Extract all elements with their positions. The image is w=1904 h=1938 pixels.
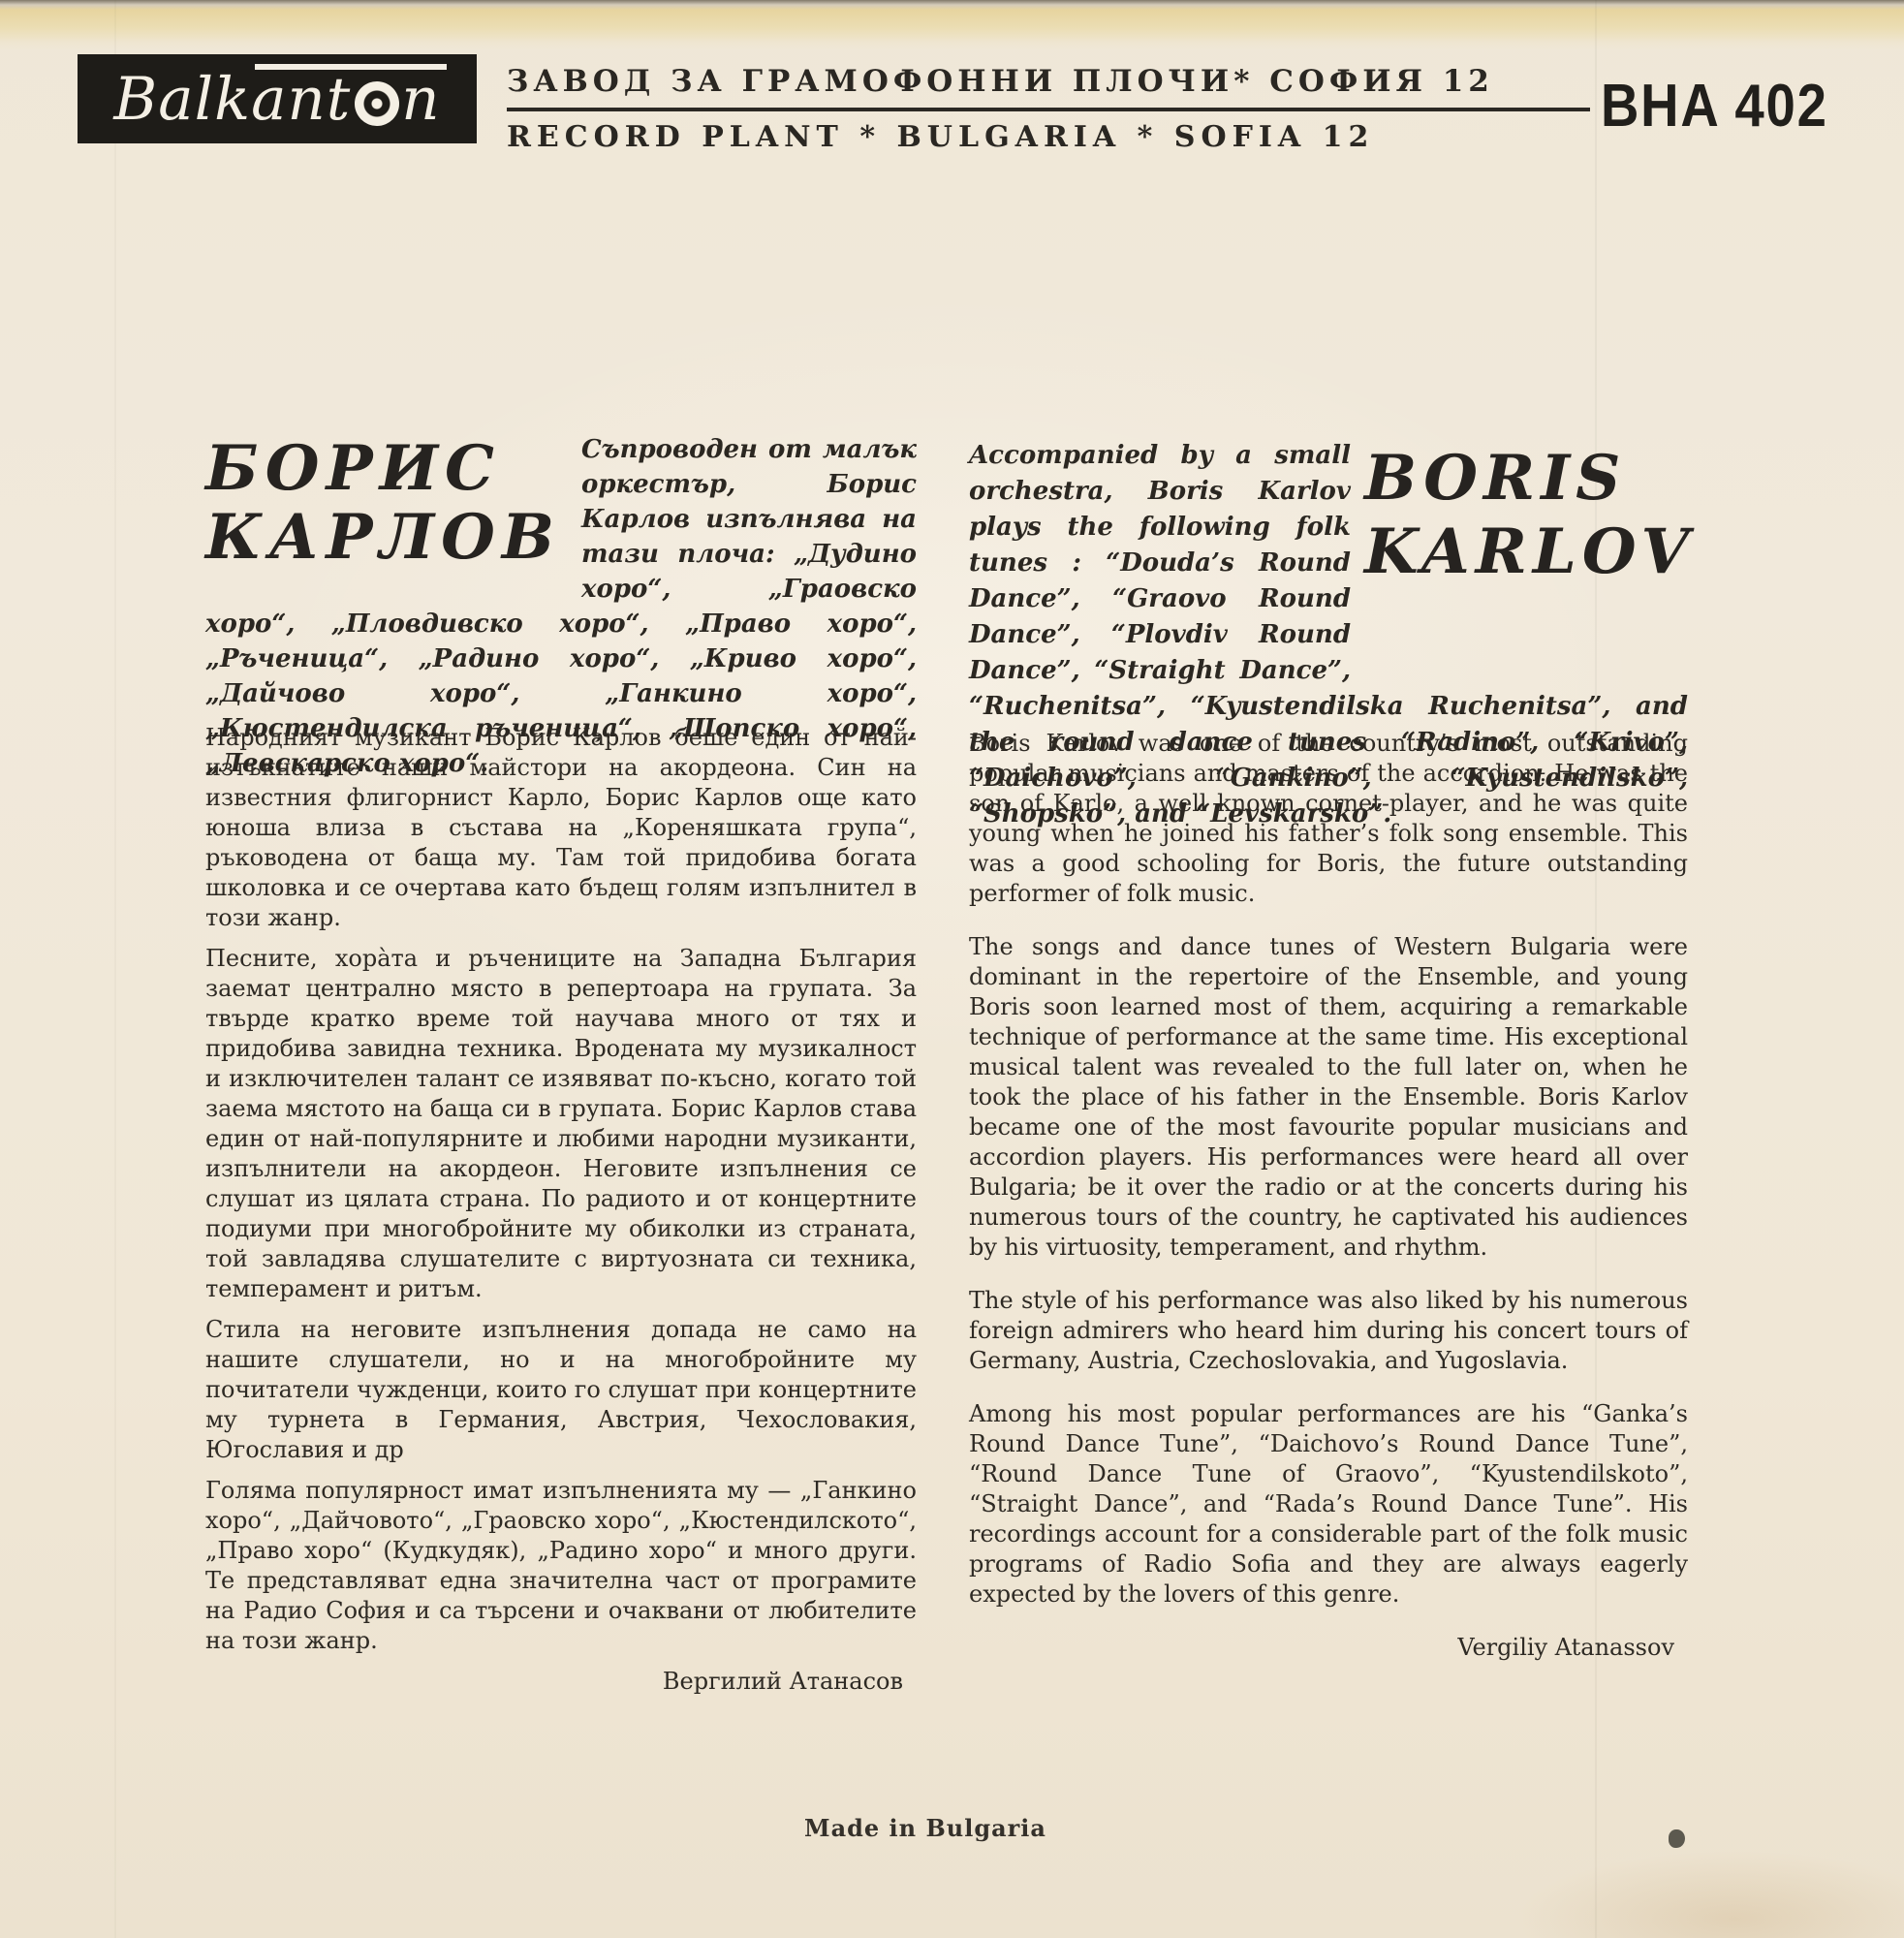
logo-text-prefix: Balkant (113, 70, 351, 129)
plant-name-latin: RECORD PLANT * BULGARIA * SOFIA 12 (507, 120, 1592, 154)
bg-paragraph-1: Народният музикант Борис Карлов беше еди… (205, 723, 917, 933)
logo-text-suffix: n (401, 70, 440, 129)
plant-name-cyrillic: ЗАВОД ЗА ГРАМОФОННИ ПЛОЧИ* СОФИЯ 12 (507, 64, 1592, 99)
record-disc-icon (355, 81, 399, 126)
artist-heading-english: BORIS KARLOV (1351, 438, 1688, 657)
plant-header: ЗАВОД ЗА ГРАМОФОННИ ПЛОЧИ* СОФИЯ 12 RECO… (507, 64, 1592, 154)
artist-heading-bg-line1: БОРИС (205, 434, 581, 503)
ink-spot (1669, 1829, 1685, 1848)
author-signature-bulgarian: Вергилий Атанасов (205, 1667, 917, 1697)
en-paragraph-4: Among his most popular performances are … (969, 1399, 1688, 1610)
bg-paragraph-3: Стила на неговите изпълнения допада не с… (205, 1315, 917, 1465)
en-paragraph-2: The songs and dance tunes of Western Bul… (969, 932, 1688, 1263)
catalog-number: BHA 402 (1601, 72, 1828, 141)
balkanton-logo: Balkantn (78, 54, 477, 143)
liner-notes-bulgarian: Народният музикант Борис Карлов беше еди… (205, 723, 917, 1707)
aged-paper-strip (0, 0, 1904, 50)
author-signature-english: Vergiliy Atanassov (969, 1633, 1688, 1663)
header-divider-rule (507, 108, 1590, 111)
bg-paragraph-2: Песните, хорàта и ръчениците на Западна … (205, 944, 917, 1304)
en-paragraph-1: Boris Karlov was one of the country’s mo… (969, 729, 1688, 909)
artist-heading-bulgarian: БОРИС КАРЛОВ (205, 432, 581, 579)
balkanton-logo-text: Balkantn (113, 70, 440, 129)
logo-t-crossbar (255, 64, 447, 70)
made-in-notice: Made in Bulgaria (0, 1814, 1851, 1842)
liner-notes-english: Boris Karlov was one of the country’s mo… (969, 729, 1688, 1686)
record-sleeve-back: Balkantn ЗАВОД ЗА ГРАМОФОННИ ПЛОЧИ* СОФИ… (0, 0, 1904, 1938)
en-paragraph-3: The style of his performance was also li… (969, 1286, 1688, 1376)
artist-heading-en-line2: KARLOV (1364, 516, 1688, 589)
bg-paragraph-4: Голяма популярност имат изпълненията му … (205, 1476, 917, 1656)
paper-crease (114, 0, 116, 1938)
artist-heading-bg-line2: КАРЛОВ (205, 503, 581, 572)
artist-heading-en-line1: BORIS (1364, 442, 1688, 516)
